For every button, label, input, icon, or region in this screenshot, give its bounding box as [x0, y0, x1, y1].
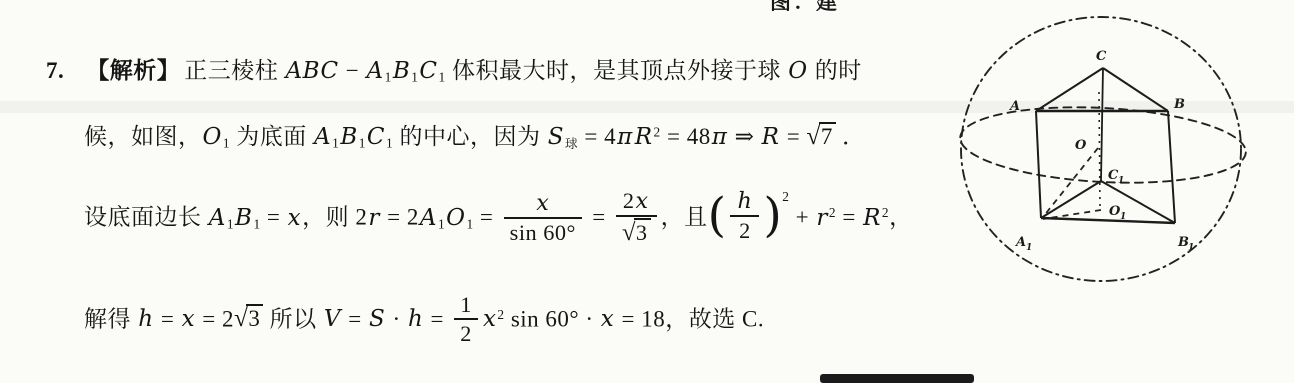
label-O1-sub: 1 [1120, 212, 1126, 222]
cutoff-text: 图：建 [770, 0, 900, 11]
label-O: O [1075, 138, 1087, 153]
edge-B-B1 [1168, 111, 1175, 223]
radius-O-A1 [1043, 148, 1098, 217]
edge-A1-B1 [1041, 218, 1175, 223]
axis-line [1099, 92, 1100, 209]
label-A: A [1008, 99, 1020, 114]
edge-C-C1 [1101, 68, 1103, 181]
label-B1-sub: 1 [1188, 243, 1194, 253]
solution-line-3: 设底面边长 A1B1 = x，则 2r = 2A1O1 = xsin 60° =… [84, 190, 913, 248]
label-B: B [1173, 97, 1185, 112]
label-C: C [1096, 49, 1107, 64]
scanned-solution-page: { "meta": { "ink_color": "#161616", "pap… [0, 0, 1294, 383]
edge-C1-A1 [1041, 181, 1101, 218]
edge-C-B [1103, 68, 1168, 111]
cutoff-text-fragment: 图：建 [770, 0, 900, 11]
solution-line-2: 候，如图，O1 为底面 A1B1C1 的中心，因为 S球 = 4πR2 = 48… [84, 118, 866, 152]
label-A1: A [1014, 235, 1026, 250]
label-A1-sub: 1 [1026, 243, 1032, 253]
label-C1-sub: 1 [1118, 176, 1124, 186]
edge-A-A1 [1036, 111, 1041, 218]
solution-line-4: 解得 h = x = 2√3 所以 V = S · h = 12x2 sin 6… [84, 294, 764, 348]
solution-line-1: 7.【解析】正三棱柱 ABC − A1B1C1 体积最大时，是其顶点外接于球 O… [46, 52, 862, 86]
figure-sphere-prism: C A B O C 1 O 1 A 1 B 1 [958, 2, 1294, 308]
edge-C-A [1036, 68, 1103, 111]
cutoff-box-top-edge [820, 374, 974, 383]
